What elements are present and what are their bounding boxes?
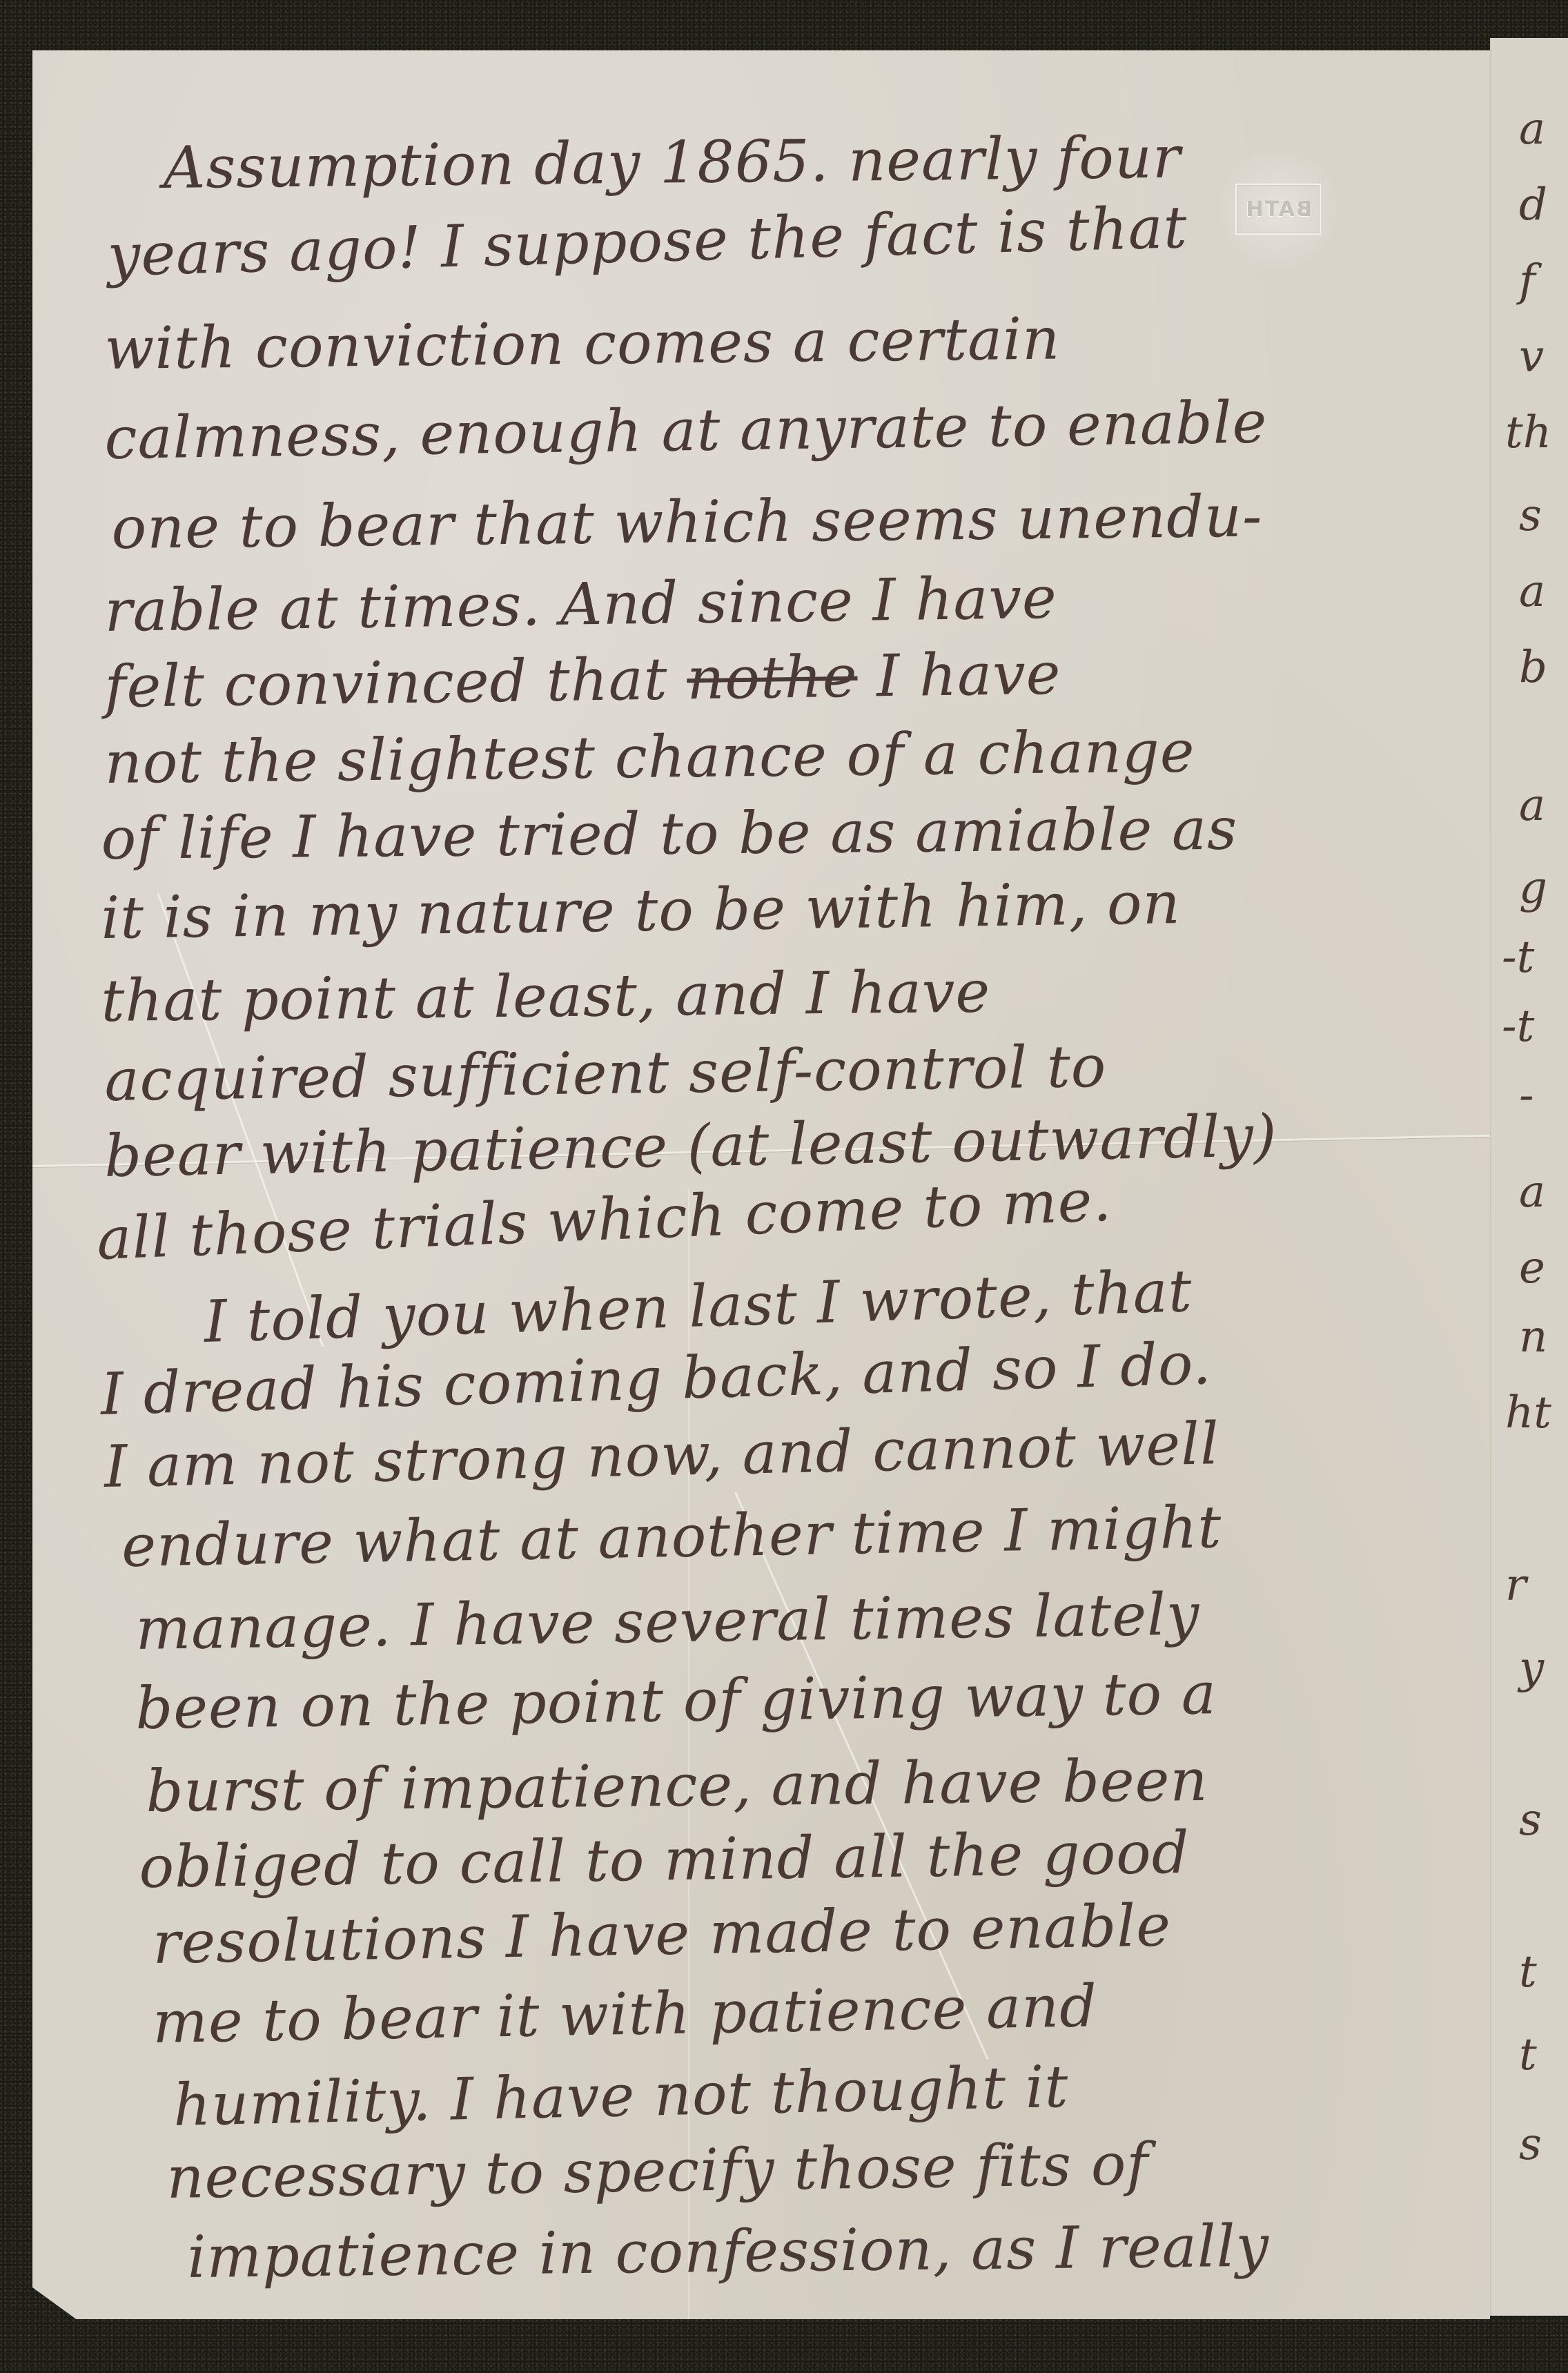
text-fragment: e [1519,1246,1545,1290]
handwritten-line: one to bear that which seems unendu- [111,487,1263,557]
text-fragment: v [1519,335,1544,379]
text-fragment: s [1519,494,1542,538]
handwritten-line: necessary to specify those fits of [166,2135,1149,2207]
adjacent-letter-page: a d f v th s a b a g -t -t - a e n ht r … [1490,38,1568,2316]
handwritten-line: it is in my nature to be with him, on [101,874,1181,947]
handwritten-line: with conviction comes a certain [104,310,1060,378]
handwritten-line: endure what at another time I might [121,1498,1222,1575]
handwritten-line: not the slightest chance of a change [104,722,1195,792]
text-fragment: - [1519,1073,1534,1117]
line-text: I have [857,640,1061,710]
handwritten-line: been on the point of giving way to a [135,1664,1217,1737]
handwritten-line: felt convinced that nothe I have [104,645,1061,716]
text-fragment: s [1519,1798,1542,1842]
handwritten-line: acquired sufficient self-control to [104,1037,1107,1109]
handwritten-line: calmness, enough at anyrate to enable [104,393,1268,467]
text-fragment: b [1519,645,1547,690]
handwritten-line: I am not strong now, and cannot well [104,1414,1219,1496]
line-text: felt convinced that [104,645,687,721]
text-fragment: th [1505,411,1551,455]
handwritten-line: humility. I have not thought it [173,2058,1069,2134]
text-fragment: -t [1502,1004,1534,1048]
handwritten-line: rable at times. And since I have [104,569,1057,640]
text-fragment: r [1505,1563,1527,1608]
embossed-seal-icon: BATH [1219,150,1337,268]
handwritten-line: burst of impatience, and have been [146,1751,1208,1820]
text-fragment: t [1519,2033,1537,2077]
stamp-text: BATH [1235,184,1321,235]
text-fragment: f [1519,259,1536,303]
letter-page: BATH Assumption day 1865. nearly four ye… [32,50,1490,2319]
handwritten-line: me to bear it with patience and [153,1977,1098,2051]
handwritten-line: that point at least, and I have [101,963,990,1030]
text-fragment: a [1519,1170,1545,1214]
text-fragment: a [1519,783,1545,828]
text-fragment: s [1519,2122,1542,2167]
text-fragment: a [1519,569,1545,614]
handwritten-line: impatience in confession, as I really [187,2217,1269,2286]
handwritten-line: resolutions I have made to enable [153,1896,1172,1972]
text-fragment: g [1519,866,1547,910]
text-fragment: d [1519,183,1547,227]
handwritten-line: Assumption day 1865. nearly four [163,128,1181,197]
text-fragment: -t [1502,935,1534,979]
handwritten-line: manage. I have several times lately [135,1585,1200,1658]
text-fragment: t [1519,1950,1537,1994]
handwritten-line: years ago! I suppose the fact is that [107,198,1188,284]
handwritten-line: of life I have tried to be as amiable as [101,800,1237,868]
text-fragment: y [1519,1646,1544,1690]
text-fragment: n [1519,1315,1547,1359]
text-fragment: ht [1505,1391,1551,1435]
text-fragment: a [1519,107,1545,151]
handwritten-line: obliged to call to mind all the good [139,1824,1190,1896]
struck-out-word: nothe [687,643,859,712]
